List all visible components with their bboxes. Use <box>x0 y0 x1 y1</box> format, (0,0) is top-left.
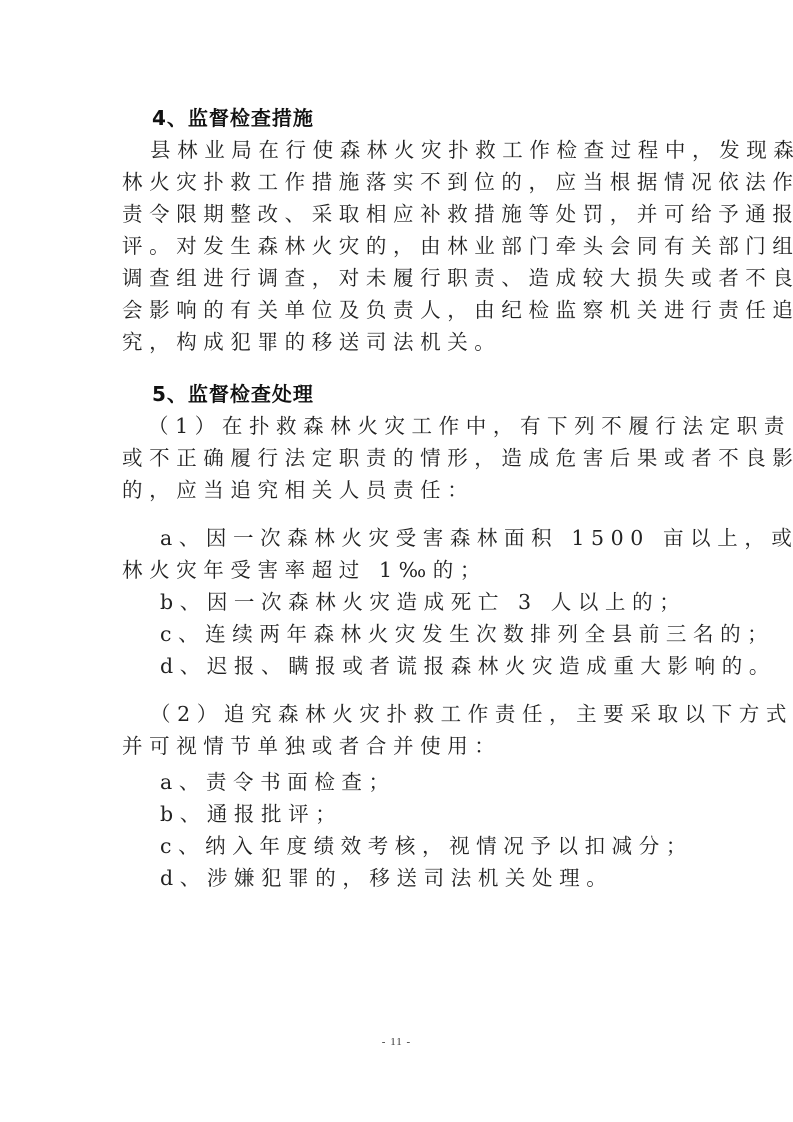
paragraph-line: 并可视情节单独或者合并使用： <box>122 730 682 762</box>
list-item-d: d、迟报、瞒报或者谎报森林火灾造成重大影响的。 <box>160 650 720 682</box>
measure-item-d: d、涉嫌犯罪的，移送司法机关处理。 <box>160 862 720 894</box>
page-number: - 11 - <box>0 1036 793 1048</box>
paragraph-line: 县林业局在行使森林火灾扑救工作检查过程中，发现森 <box>150 134 710 166</box>
paragraph-line: 会影响的有关单位及负责人，由纪检监察机关进行责任追 <box>122 294 682 326</box>
list-item-a-continued: 林火灾年受害率超过 1‰的； <box>122 554 682 586</box>
list-item-a: a、因一次森林火灾受害森林面积 1500 亩以上，或者森 <box>160 522 720 554</box>
document-page: 4、监督检查措施 县林业局在行使森林火灾扑救工作检查过程中，发现森 林火灾扑救工… <box>0 0 793 1122</box>
measure-item-a: a、责令书面检查； <box>160 766 720 798</box>
paragraph-line: 责令限期整改、采取相应补救措施等处罚，并可给予通报批 <box>122 198 682 230</box>
paragraph-line: 或不正确履行法定职责的情形，造成危害后果或者不良影响 <box>122 442 682 474</box>
section-heading-5: 5、监督检查处理 <box>152 378 712 410</box>
section-heading-4: 4、监督检查措施 <box>152 102 712 134</box>
paragraph-line: 林火灾扑救工作措施落实不到位的，应当根据情况依法作出 <box>122 166 682 198</box>
paragraph-line: 究，构成犯罪的移送司法机关。 <box>122 326 682 358</box>
paragraph-line: （1）在扑救森林火灾工作中，有下列不履行法定职责 <box>148 410 708 442</box>
list-item-b: b、因一次森林火灾造成死亡 3 人以上的； <box>160 586 720 618</box>
paragraph-line: 评。对发生森林火灾的，由林业部门牵头会同有关部门组成 <box>122 230 682 262</box>
measure-item-c: c、纳入年度绩效考核，视情况予以扣减分； <box>160 830 720 862</box>
measure-item-b: b、通报批评； <box>160 798 720 830</box>
list-item-c: c、连续两年森林火灾发生次数排列全县前三名的； <box>160 618 720 650</box>
paragraph-line: （2）追究森林火灾扑救工作责任，主要采取以下方式 <box>150 698 710 730</box>
paragraph-line: 调查组进行调查，对未履行职责、造成较大损失或者不良社 <box>122 262 682 294</box>
paragraph-line: 的，应当追究相关人员责任： <box>122 474 682 506</box>
